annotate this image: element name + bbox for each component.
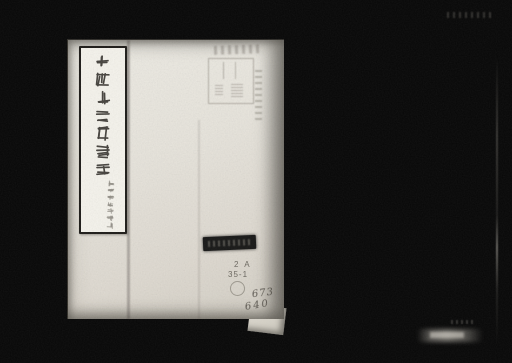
call-number-line1: 2 A <box>234 261 252 269</box>
cover-crease <box>198 120 200 319</box>
stamp-side-characters <box>255 70 262 120</box>
stamp-mark <box>223 62 224 79</box>
stamp-mark <box>231 83 243 97</box>
accession-sticker <box>203 235 257 251</box>
title-slip <box>79 46 127 234</box>
stamp-mark <box>215 85 223 95</box>
handwritten-number-2: 640 <box>244 299 270 313</box>
cover-crease <box>127 40 130 319</box>
stamp-mark <box>235 62 236 79</box>
date-vertical-text <box>106 180 115 229</box>
stamp-smudge <box>214 44 262 55</box>
call-number-line2: 35-1 <box>228 271 248 279</box>
edge-scratch <box>496 55 498 347</box>
library-stamp <box>208 58 254 104</box>
bottom-right-smudge-core <box>430 332 464 338</box>
photo-scan: 2 A 35-1 673 640 <box>0 0 512 363</box>
corner-noise-marks <box>447 12 493 18</box>
smudge-dots <box>451 320 475 324</box>
sticker-illegible-text <box>208 239 250 247</box>
book-cover: 2 A 35-1 673 640 <box>67 39 284 319</box>
title-vertical-text <box>96 54 111 177</box>
circle-stamp <box>230 281 245 296</box>
